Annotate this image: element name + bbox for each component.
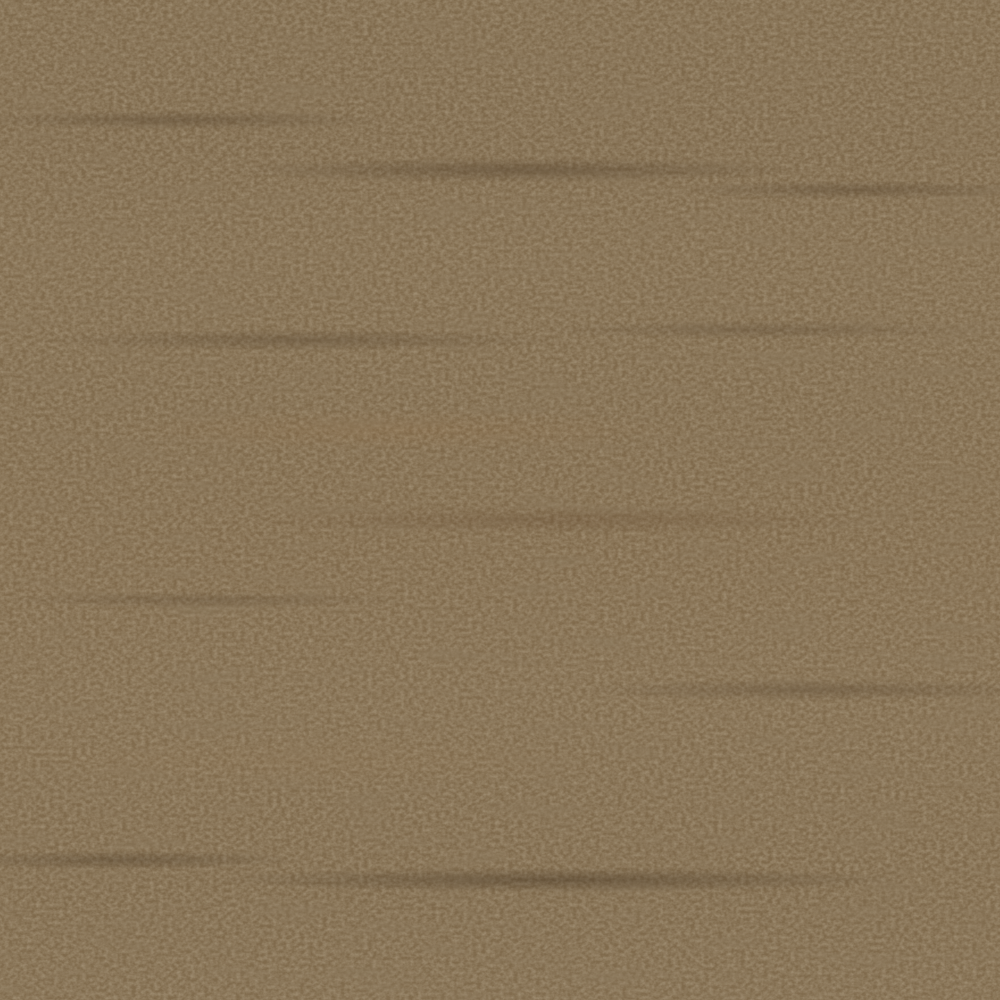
dark-streaks-layer	[0, 0, 1000, 1000]
carpet-texture	[0, 0, 1000, 1000]
